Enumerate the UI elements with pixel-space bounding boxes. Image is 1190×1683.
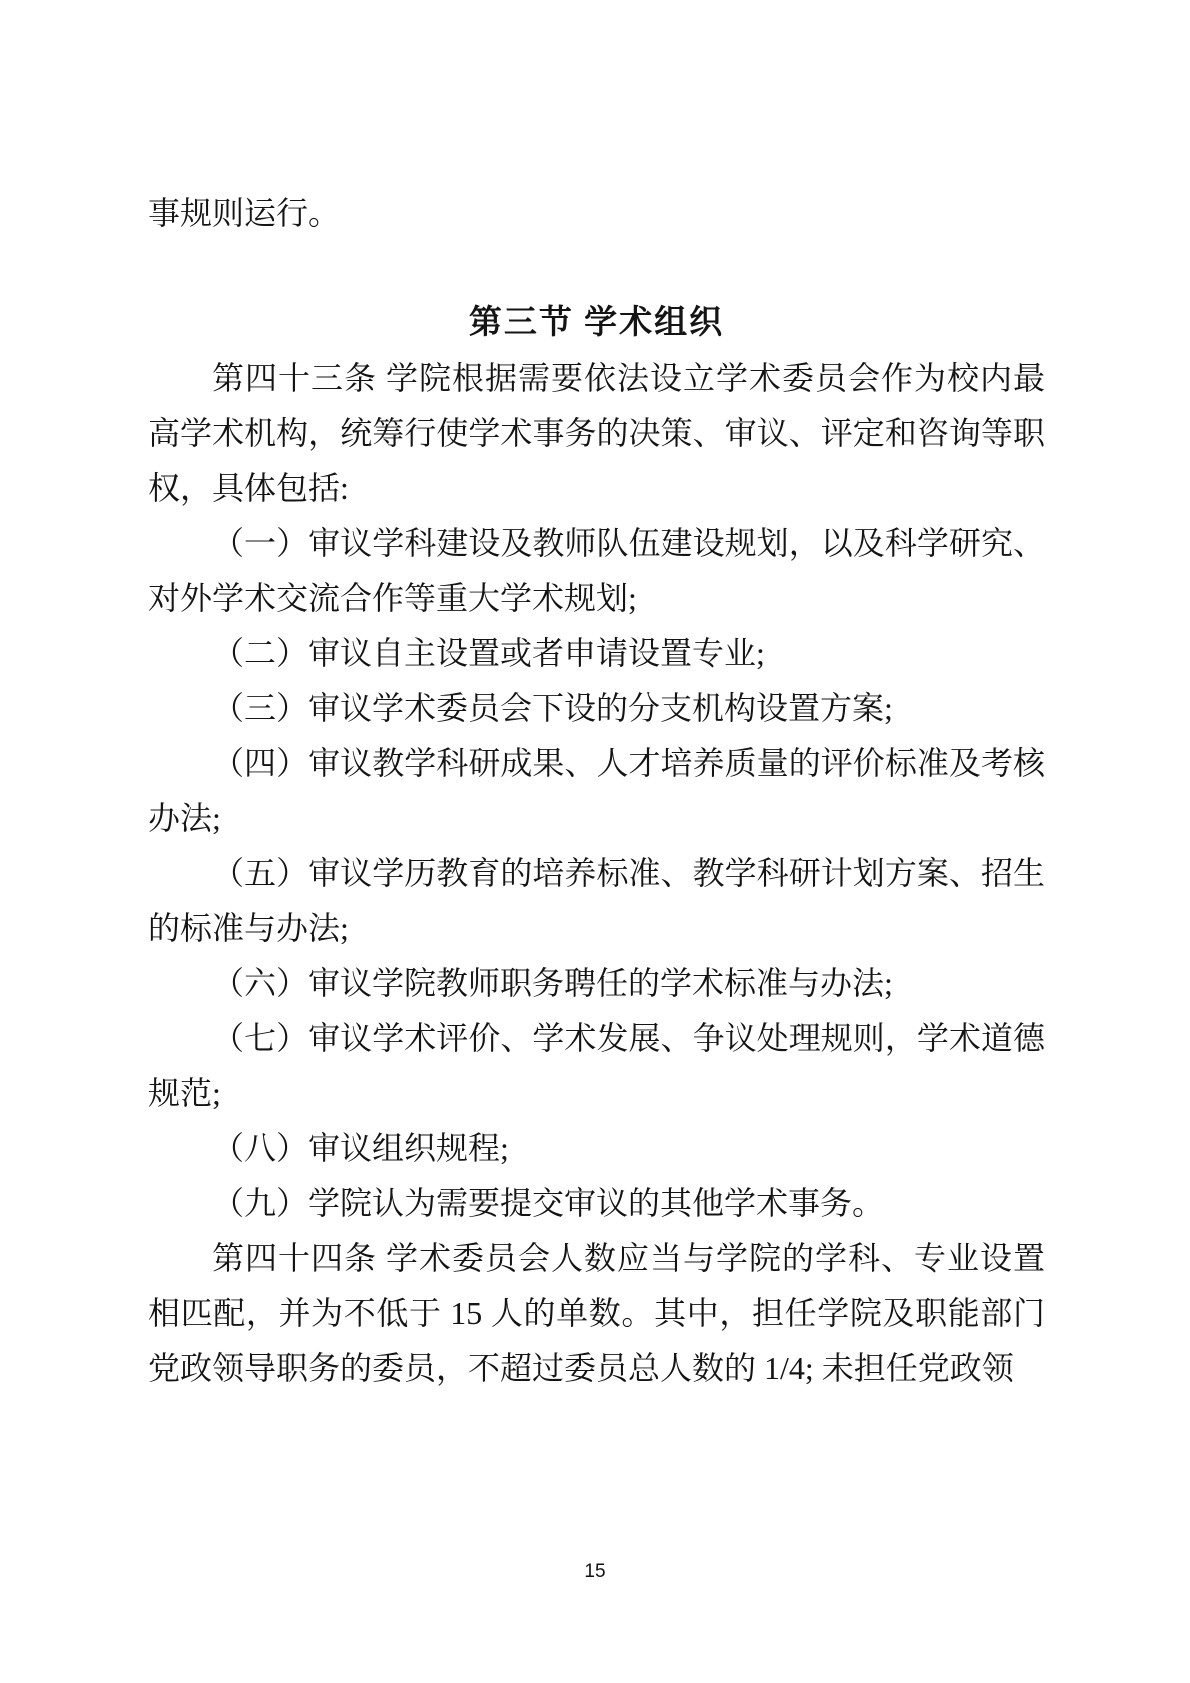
page-number: 15: [0, 1561, 1190, 1583]
paragraph: （二）审议自主设置或者申请设置专业;: [148, 626, 1045, 681]
lead-paragraph: 事规则运行。: [148, 186, 1045, 241]
paragraph: （三）审议学术委员会下设的分支机构设置方案;: [148, 681, 1045, 736]
document-page: 事规则运行。 第三节 学术组织 第四十三条 学院根据需要依法设立学术委员会作为校…: [0, 0, 1190, 1683]
paragraph: （四）审议教学科研成果、人才培养质量的评价标准及考核办法;: [148, 736, 1045, 846]
paragraph: （九）学院认为需要提交审议的其他学术事务。: [148, 1176, 1045, 1231]
paragraph: （五）审议学历教育的培养标准、教学科研计划方案、招生的标准与办法;: [148, 846, 1045, 956]
paragraph: 第四十三条 学院根据需要依法设立学术委员会作为校内最高学术机构，统筹行使学术事务…: [148, 351, 1045, 516]
paragraph: （六）审议学院教师职务聘任的学术标准与办法;: [148, 956, 1045, 1011]
paragraph: 第四十四条 学术委员会人数应当与学院的学科、专业设置相匹配，并为不低于 15 人…: [148, 1231, 1045, 1396]
paragraph-list: 第四十三条 学院根据需要依法设立学术委员会作为校内最高学术机构，统筹行使学术事务…: [148, 351, 1045, 1396]
section-heading: 第三节 学术组织: [148, 296, 1045, 351]
paragraph: （一）审议学科建设及教师队伍建设规划，以及科学研究、对外学术交流合作等重大学术规…: [148, 516, 1045, 626]
paragraph: （八）审议组织规程;: [148, 1121, 1045, 1176]
paragraph: （七）审议学术评价、学术发展、争议处理规则，学术道德规范;: [148, 1011, 1045, 1121]
